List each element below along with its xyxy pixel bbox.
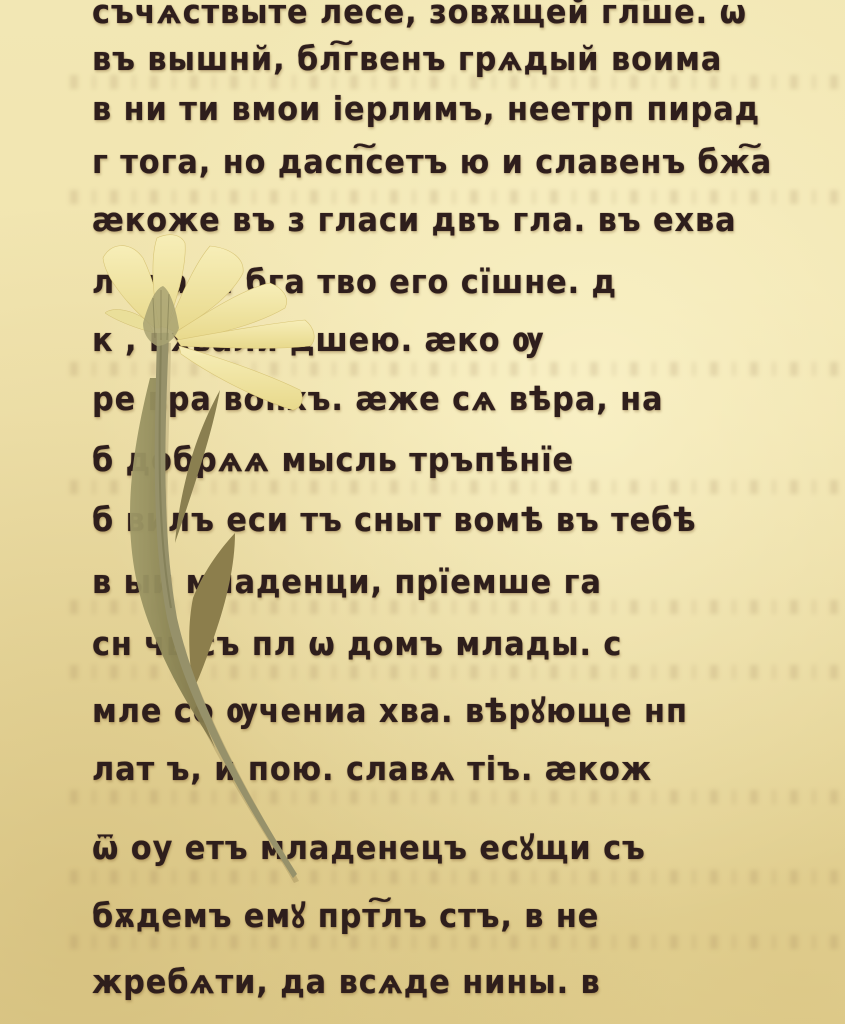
bleed-through-shadow [70, 480, 845, 494]
manuscript-line: лат ъ, и пою. славѧ тіъ. ӕкож [92, 749, 652, 788]
bleed-through-shadow [70, 665, 845, 679]
manuscript-line: съчѧствыте лесе, зовѫщей гл͠ше. ѡ [92, 0, 747, 31]
manuscript-line: ѿ оу етъ младенецъ есꙋщи съ [92, 824, 646, 869]
bleed-through-shadow [70, 935, 845, 949]
manuscript-line: л хвали бга тво его сїшне. д [92, 262, 617, 301]
manuscript-line: ре вра вонхъ. ӕже сѧ вѣра, на [92, 379, 663, 418]
manuscript-line: б вилъ еси тъ сныт вомѣ въ тебѣ [92, 500, 697, 539]
bleed-through-shadow [70, 600, 845, 614]
manuscript-line: ӕкоже въ з гласи двъ гла. въ ехва [92, 200, 737, 239]
manuscript-line: г тога, но дасп͠сетъ ю и славенъ бж͠а [92, 142, 772, 181]
manuscript-line: сн чь съ пл ѡ домъ млады. с [92, 624, 622, 663]
bleed-through-shadow [70, 790, 845, 804]
bleed-through-shadow [70, 362, 845, 376]
manuscript-line: к , ихвали дшею. ӕко ѹ [92, 320, 545, 359]
manuscript-line: б добрѧѧ мысль тръпѣнїе [92, 440, 574, 479]
manuscript-line: бѫдемъ емꙋ прт͠лъ стъ, в не [92, 892, 599, 937]
manuscript-line: въ вышнй, бл͠гвенъ грѧдый воима [92, 39, 722, 78]
manuscript-line: жребѧти, да всѧде нины. в [92, 962, 601, 1001]
manuscript-line: в ыи младенци, прїемше га [92, 562, 602, 601]
manuscript-line: мле со ѹчениа хва. вѣрꙋюще нп [92, 687, 688, 732]
manuscript-line: в ни ти вмои іерлимъ, неетрп пирад [92, 89, 760, 128]
bleed-through-shadow [70, 870, 845, 884]
